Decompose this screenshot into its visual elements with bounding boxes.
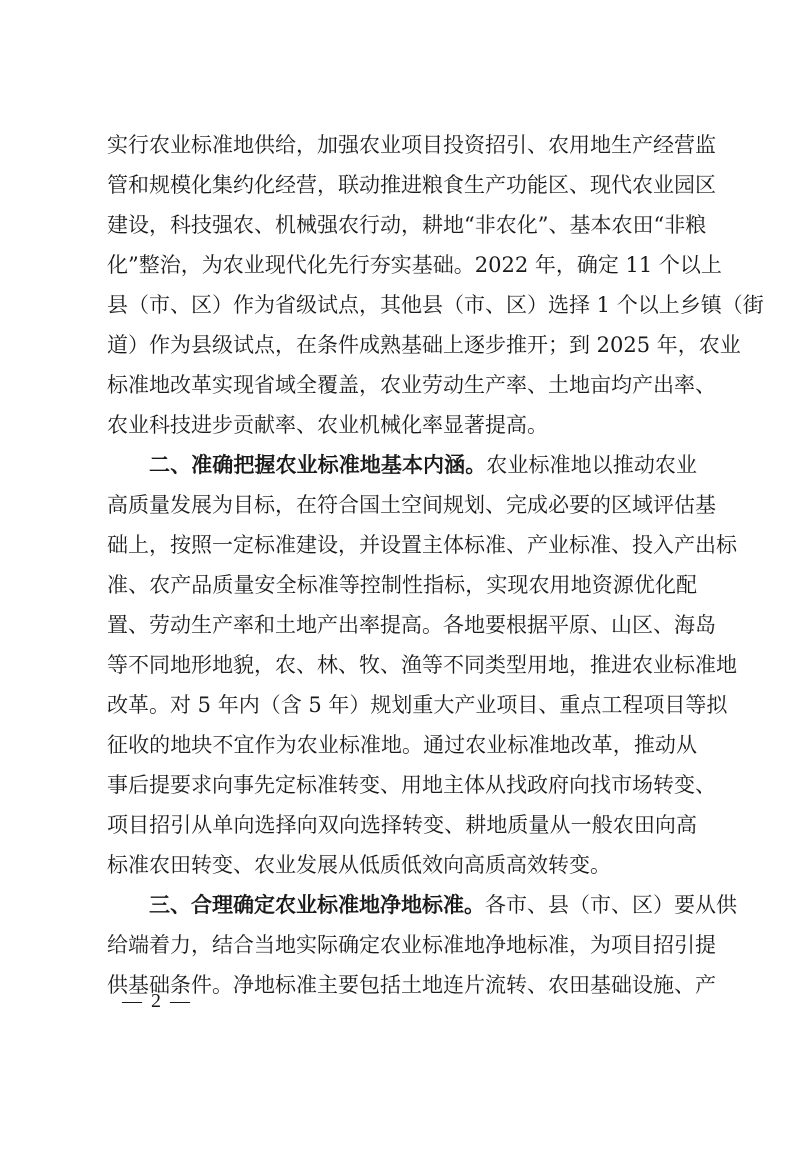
- text-line: 县（市、区）作为省级试点，其他县（市、区）选择 1 个以上乡镇（街: [107, 285, 697, 325]
- paragraph-1: 实行农业标准地供给，加强农业项目投资招引、农用地生产经营监 管和规模化集约化经营…: [107, 125, 697, 445]
- section-heading: 二、准确把握农业标准地基本内涵。: [149, 453, 486, 477]
- text-line: 置、劳动生产率和土地产出率提高。各地要根据平原、山区、海岛: [107, 605, 697, 645]
- text-line: 管和规模化集约化经营，联动推进粮食生产功能区、现代农业园区: [107, 165, 697, 205]
- text-line: 等不同地形地貌，农、林、牧、渔等不同类型用地，推进农业标准地: [107, 645, 697, 685]
- text-line: 三、合理确定农业标准地净地标准。各市、县（市、区）要从供: [107, 885, 697, 925]
- paragraph-3: 三、合理确定农业标准地净地标准。各市、县（市、区）要从供 给端着力，结合当地实际…: [107, 885, 697, 1005]
- text-line: 标准农田转变、农业发展从低质低效向高质高效转变。: [107, 845, 697, 885]
- text-line: 给端着力，结合当地实际确定农业标准地净地标准，为项目招引提: [107, 925, 697, 965]
- document-page: 实行农业标准地供给，加强农业项目投资招引、农用地生产经营监 管和规模化集约化经营…: [107, 125, 697, 1005]
- text-line: 建设，科技强农、机械强农行动，耕地“非农化”、基本农田“非粮: [107, 205, 697, 245]
- text-line: 项目招引从单向选择向双向选择转变、耕地质量从一般农田向高: [107, 805, 697, 845]
- text-line: 标准地改革实现省域全覆盖，农业劳动生产率、土地亩均产出率、: [107, 365, 697, 405]
- page-number: — 2 —: [122, 990, 192, 1013]
- heading-continuation: 农业标准地以推动农业: [486, 453, 697, 477]
- text-line: 二、准确把握农业标准地基本内涵。农业标准地以推动农业: [107, 445, 697, 485]
- text-line: 础上，按照一定标准建设，并设置主体标准、产业标准、投入产出标: [107, 525, 697, 565]
- text-line: 农业科技进步贡献率、农业机械化率显著提高。: [107, 405, 697, 445]
- heading-continuation: 各市、县（市、区）要从供: [485, 893, 737, 917]
- text-line: 化”整治，为农业现代化先行夯实基础。2022 年，确定 11 个以上: [107, 245, 697, 285]
- text-line: 道）作为县级试点，在条件成熟基础上逐步推开；到 2025 年，农业: [107, 325, 697, 365]
- section-heading: 三、合理确定农业标准地净地标准。: [149, 893, 485, 917]
- text-line: 征收的地块不宜作为农业标准地。通过农业标准地改革，推动从: [107, 725, 697, 765]
- text-line: 实行农业标准地供给，加强农业项目投资招引、农用地生产经营监: [107, 125, 697, 165]
- text-line: 改革。对 5 年内（含 5 年）规划重大产业项目、重点工程项目等拟: [107, 685, 697, 725]
- text-line: 高质量发展为目标，在符合国土空间规划、完成必要的区域评估基: [107, 485, 697, 525]
- text-line: 事后提要求向事先定标准转变、用地主体从找政府向找市场转变、: [107, 765, 697, 805]
- text-line: 准、农产品质量安全标准等控制性指标，实现农用地资源优化配: [107, 565, 697, 605]
- paragraph-2: 二、准确把握农业标准地基本内涵。农业标准地以推动农业 高质量发展为目标，在符合国…: [107, 445, 697, 885]
- text-line: 供基础条件。净地标准主要包括土地连片流转、农田基础设施、产: [107, 965, 697, 1005]
